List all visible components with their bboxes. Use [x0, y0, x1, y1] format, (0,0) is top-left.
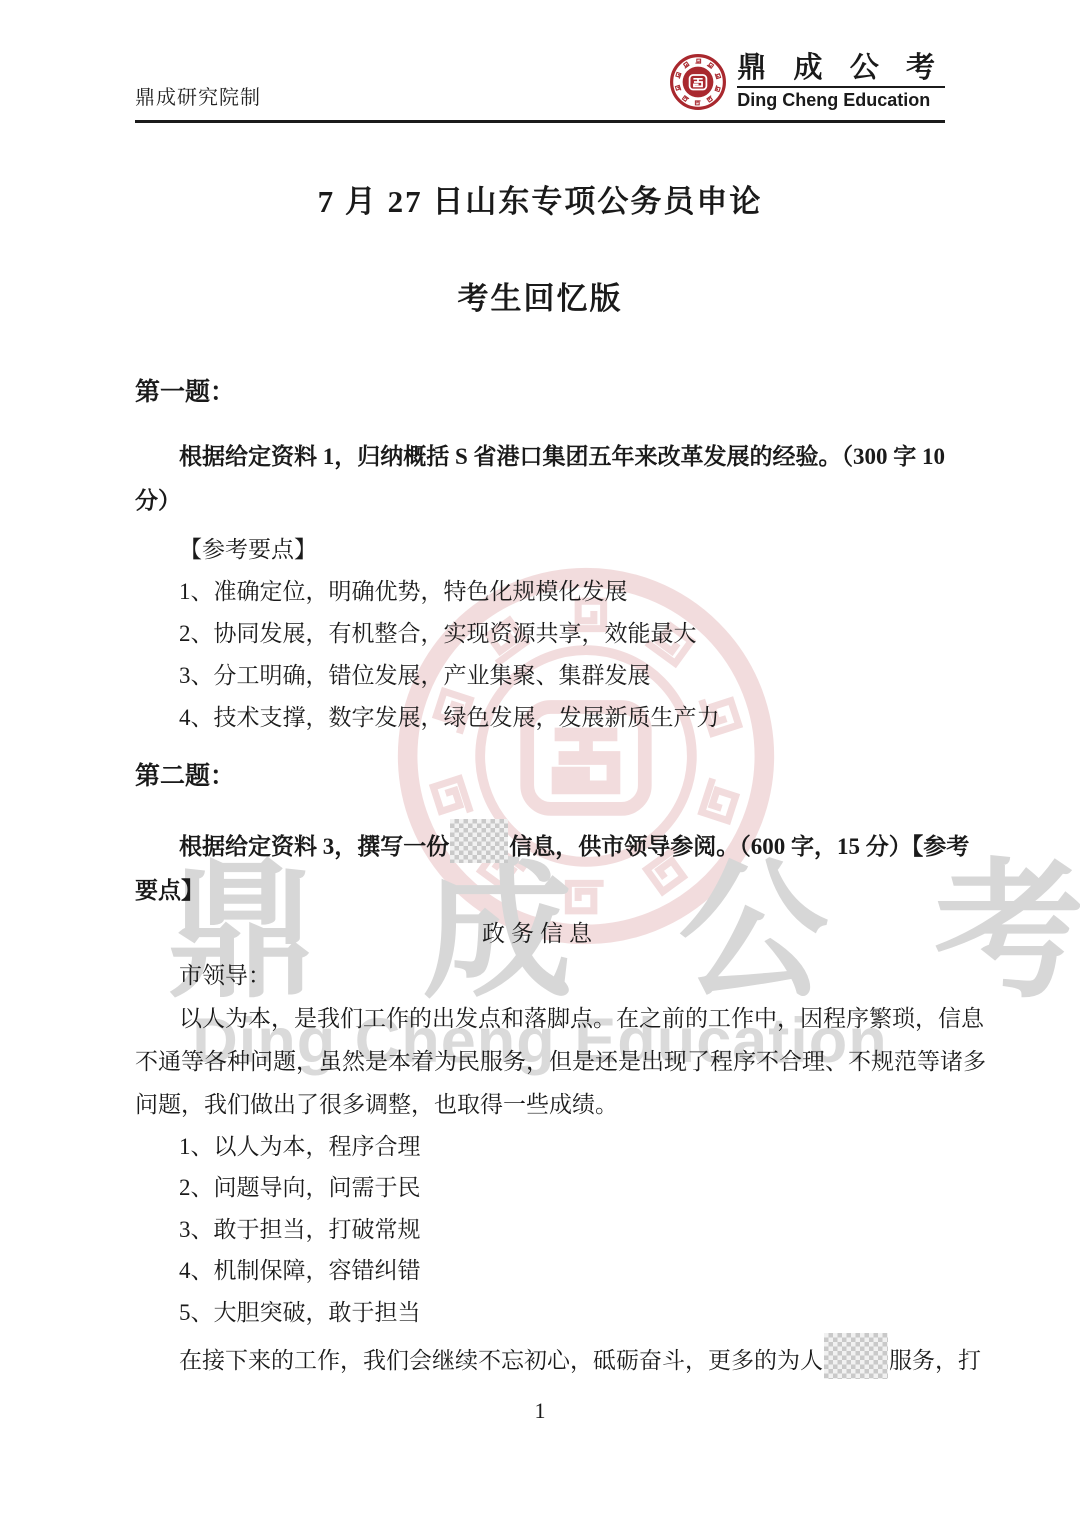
closing-after-blur: 服务，打 — [889, 1348, 981, 1373]
question1-line2: 分） — [135, 479, 945, 523]
list-item: 2、协同发展，有机整合，实现资源共享，效能最大 — [135, 613, 945, 655]
question2-heading: 第二题： — [135, 759, 945, 793]
question2-text: 根据给定资料 3，撰写一份信息，供市领导参阅。（600 字，15 分）【参考 要… — [135, 819, 945, 913]
question2-after-blur: 信息，供市领导参阅。（600 字，15 分）【参考 — [509, 834, 969, 859]
question2-reference-points: 1、以人为本，程序合理 2、问题导向，问需于民 3、敢于担当，打破常规 4、机制… — [135, 1126, 945, 1334]
brand-name-cn: 鼎 成 公 考 — [737, 52, 945, 88]
memo-paragraph: 以人为本，是我们工作的出发点和落脚点。在之前的工作中，因程序繁琐，信息 不通等各… — [135, 997, 945, 1126]
question2-line1: 根据给定资料 3，撰写一份信息，供市领导参阅。（600 字，15 分）【参考 — [135, 819, 945, 869]
paragraph-line: 问题，我们做出了很多调整，也取得一些成绩。 — [135, 1083, 945, 1126]
question1-reference-points: 【参考要点】 1、准确定位，明确优势，特色化规模化发展 2、协同发展，有机整合，… — [135, 529, 945, 739]
censored-mosaic-block — [824, 1333, 888, 1379]
memo-closing-line: 在接下来的工作，我们会继续不忘初心，砥砺奋斗，更多的为人服务，打 — [135, 1333, 945, 1382]
question1-heading: 第一题： — [135, 375, 945, 409]
reference-label: 【参考要点】 — [135, 529, 945, 571]
question1-text: 根据给定资料 1，归纳概括 S 省港口集团五年来改革发展的经验。（300 字 1… — [135, 435, 945, 523]
question2-before-blur: 根据给定资料 3，撰写一份 — [179, 834, 449, 859]
brand-seal-icon — [669, 53, 727, 111]
question2-line2: 要点】 — [135, 869, 945, 913]
page-header: 鼎成研究院制 鼎 成 公 考 Ding Cheng Educat — [135, 0, 945, 123]
question1-line1: 根据给定资料 1，归纳概括 S 省港口集团五年来改革发展的经验。（300 字 1… — [135, 435, 945, 479]
brand-text: 鼎 成 公 考 Ding Cheng Education — [737, 52, 945, 112]
page-number: 1 — [135, 1398, 945, 1424]
list-item: 3、敢于担当，打破常规 — [135, 1209, 945, 1251]
document-subtitle: 考生回忆版 — [135, 278, 945, 320]
censored-mosaic-block — [450, 819, 508, 863]
list-item: 1、准确定位，明确优势，特色化规模化发展 — [135, 571, 945, 613]
list-item: 2、问题导向，问需于民 — [135, 1167, 945, 1209]
list-item: 3、分工明确，错位发展，产业集聚、集群发展 — [135, 655, 945, 697]
list-item: 4、机制保障，容错纠错 — [135, 1250, 945, 1292]
paragraph-line: 不通等各种问题，虽然是本着为民服务，但是还是出现了程序不合理、不规范等诸多 — [135, 1040, 945, 1083]
list-item: 4、技术支撑，数字发展，绿色发展，发展新质生产力 — [135, 697, 945, 739]
document-title: 7 月 27 日山东专项公务员申论 — [135, 181, 945, 223]
list-item: 5、大胆突破，敢于担当 — [135, 1292, 945, 1334]
paragraph-line: 以人为本，是我们工作的出发点和落脚点。在之前的工作中，因程序繁琐，信息 — [135, 997, 945, 1040]
closing-before-blur: 在接下来的工作，我们会继续不忘初心，砥砺奋斗，更多的为人 — [179, 1348, 823, 1373]
memo-title: 政务信息 — [135, 913, 945, 955]
brand-block: 鼎 成 公 考 Ding Cheng Education — [669, 52, 945, 112]
list-item: 1、以人为本，程序合理 — [135, 1126, 945, 1168]
document-page: 鼎成研究院制 鼎 成 公 考 Ding Cheng Educat — [0, 0, 1080, 1424]
brand-name-en: Ding Cheng Education — [737, 88, 945, 112]
memo-salutation: 市领导： — [135, 955, 945, 997]
institute-label: 鼎成研究院制 — [135, 81, 261, 112]
